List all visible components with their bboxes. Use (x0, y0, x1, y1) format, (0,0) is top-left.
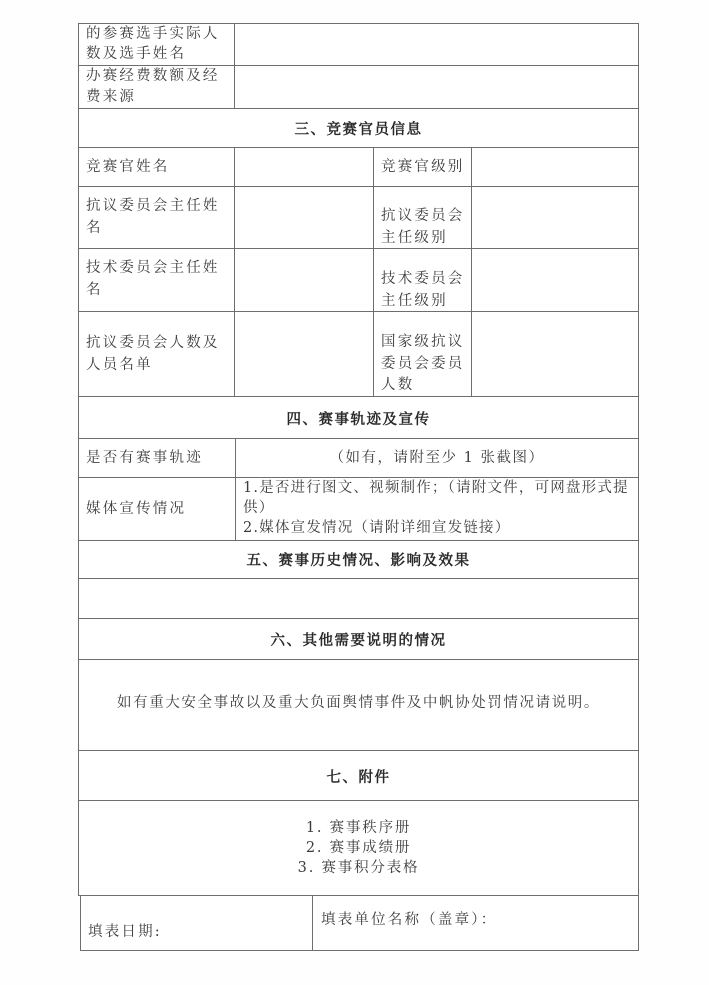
section6-header: 六、其他需要说明的情况 (78, 618, 639, 660)
section7-title: 七、附件 (79, 766, 638, 787)
protest-committee-count-label-cell: 抗议委员会人数及 人员名单 (78, 311, 235, 397)
official-level-label: 竞赛官级别 (381, 157, 465, 178)
national-protest-count-field[interactable] (471, 311, 639, 397)
section4-title: 四、赛事轨迹及宣传 (79, 408, 638, 429)
media-label: 媒体宣传情况 (86, 499, 186, 520)
protest-chair-name-label-cell: 抗议委员会主任姓 名 (78, 186, 235, 249)
tech-chair-level-label-line-2: 主任级别 (381, 291, 448, 312)
official-level-label-cell: 竞赛官级别 (373, 147, 472, 187)
section6-content: 如有重大安全事故以及重大负面舆情事件及中帆协处罚情况请说明。 (79, 693, 638, 714)
fill-date-field[interactable]: 填表日期: (80, 895, 313, 951)
funding-value-field[interactable] (234, 65, 639, 109)
tech-chair-level-field[interactable] (471, 248, 639, 312)
section3-title: 三、竞赛官员信息 (79, 118, 638, 139)
track-note: （如有，请附至少 1 张截图） (236, 448, 638, 469)
national-protest-count-label-cell: 国家级抗议 委员会委员 人数 (373, 311, 472, 397)
official-name-field[interactable] (234, 147, 374, 187)
media-line-2: 供） (243, 498, 274, 519)
attachments-cell: 1. 赛事秩序册 2. 赛事成绩册 3. 赛事积分表格 (78, 800, 639, 896)
attachment-item-3: 3. 赛事积分表格 (79, 858, 638, 879)
participants-label-line-1: 的参赛选手实际人 (86, 24, 220, 45)
funding-label-line-2: 费来源 (86, 87, 136, 108)
section3-header: 三、竞赛官员信息 (78, 108, 639, 148)
track-label-cell: 是否有赛事轨迹 (78, 438, 236, 478)
fill-unit-label: 填表单位名称（盖章）： (321, 910, 497, 931)
track-field[interactable]: （如有，请附至少 1 张截图） (235, 438, 639, 478)
official-name-label-cell: 竞赛官姓名 (78, 147, 235, 187)
funding-label-line-1: 办赛经费数额及经 (86, 66, 220, 87)
section5-content-field[interactable] (78, 578, 639, 619)
section5-header: 五、赛事历史情况、影响及效果 (78, 540, 639, 579)
tech-chair-level-label-line-1: 技术委员会 (381, 269, 465, 290)
media-line-1: 1.是否进行图文、视频制作；（请附文件，可网盘形式提 (243, 478, 629, 499)
tech-chair-name-label-line-2: 名 (86, 280, 103, 301)
attachment-item-1: 1. 赛事秩序册 (79, 818, 638, 839)
protest-chair-level-label-line-1: 抗议委员会 (381, 206, 465, 227)
funding-label-cell: 办赛经费数额及经 费来源 (78, 65, 235, 109)
fill-date-label: 填表日期: (88, 922, 162, 943)
fill-unit-field[interactable]: 填表单位名称（盖章）： (312, 895, 639, 951)
national-protest-count-label-line-3: 人数 (381, 375, 414, 396)
media-label-cell: 媒体宣传情况 (78, 477, 236, 541)
official-level-field[interactable] (471, 147, 639, 187)
tech-chair-level-label-cell: 技术委员会 主任级别 (373, 248, 472, 312)
media-line-3: 2.媒体宣发情况（请附详细宣发链接） (243, 518, 510, 539)
national-protest-count-label-line-1: 国家级抗议 (381, 332, 465, 353)
protest-committee-count-field[interactable] (234, 311, 374, 397)
official-name-label: 竞赛官姓名 (86, 157, 170, 178)
form-page: 的参赛选手实际人 数及选手姓名 办赛经费数额及经 费来源 三、竞赛官员信息 竞赛… (0, 0, 709, 985)
protest-chair-name-label-line-2: 名 (86, 218, 103, 239)
protest-committee-count-label-line-1: 抗议委员会人数及 (86, 333, 220, 354)
participants-label-line-2: 数及选手姓名 (86, 44, 186, 65)
protest-committee-count-label-line-2: 人员名单 (86, 355, 153, 376)
attachment-item-2: 2. 赛事成绩册 (79, 838, 638, 859)
section6-content-field[interactable]: 如有重大安全事故以及重大负面舆情事件及中帆协处罚情况请说明。 (78, 659, 639, 751)
protest-chair-name-field[interactable] (234, 186, 374, 249)
protest-chair-level-field[interactable] (471, 186, 639, 249)
section7-header: 七、附件 (78, 750, 639, 801)
participants-value-field[interactable] (234, 23, 639, 66)
tech-chair-name-label-cell: 技术委员会主任姓 名 (78, 248, 235, 312)
tech-chair-name-field[interactable] (234, 248, 374, 312)
protest-chair-level-label-line-2: 主任级别 (381, 228, 448, 249)
protest-chair-level-label-cell: 抗议委员会 主任级别 (373, 186, 472, 249)
protest-chair-name-label-line-1: 抗议委员会主任姓 (86, 196, 220, 217)
track-label: 是否有赛事轨迹 (86, 448, 203, 469)
media-field[interactable]: 1.是否进行图文、视频制作；（请附文件，可网盘形式提 供） 2.媒体宣发情况（请… (235, 477, 639, 541)
national-protest-count-label-line-2: 委员会委员 (381, 354, 465, 375)
section4-header: 四、赛事轨迹及宣传 (78, 396, 639, 439)
tech-chair-name-label-line-1: 技术委员会主任姓 (86, 258, 220, 279)
section6-title: 六、其他需要说明的情况 (79, 629, 638, 650)
section5-title: 五、赛事历史情况、影响及效果 (79, 549, 638, 570)
participants-label-cell: 的参赛选手实际人 数及选手姓名 (78, 23, 235, 66)
